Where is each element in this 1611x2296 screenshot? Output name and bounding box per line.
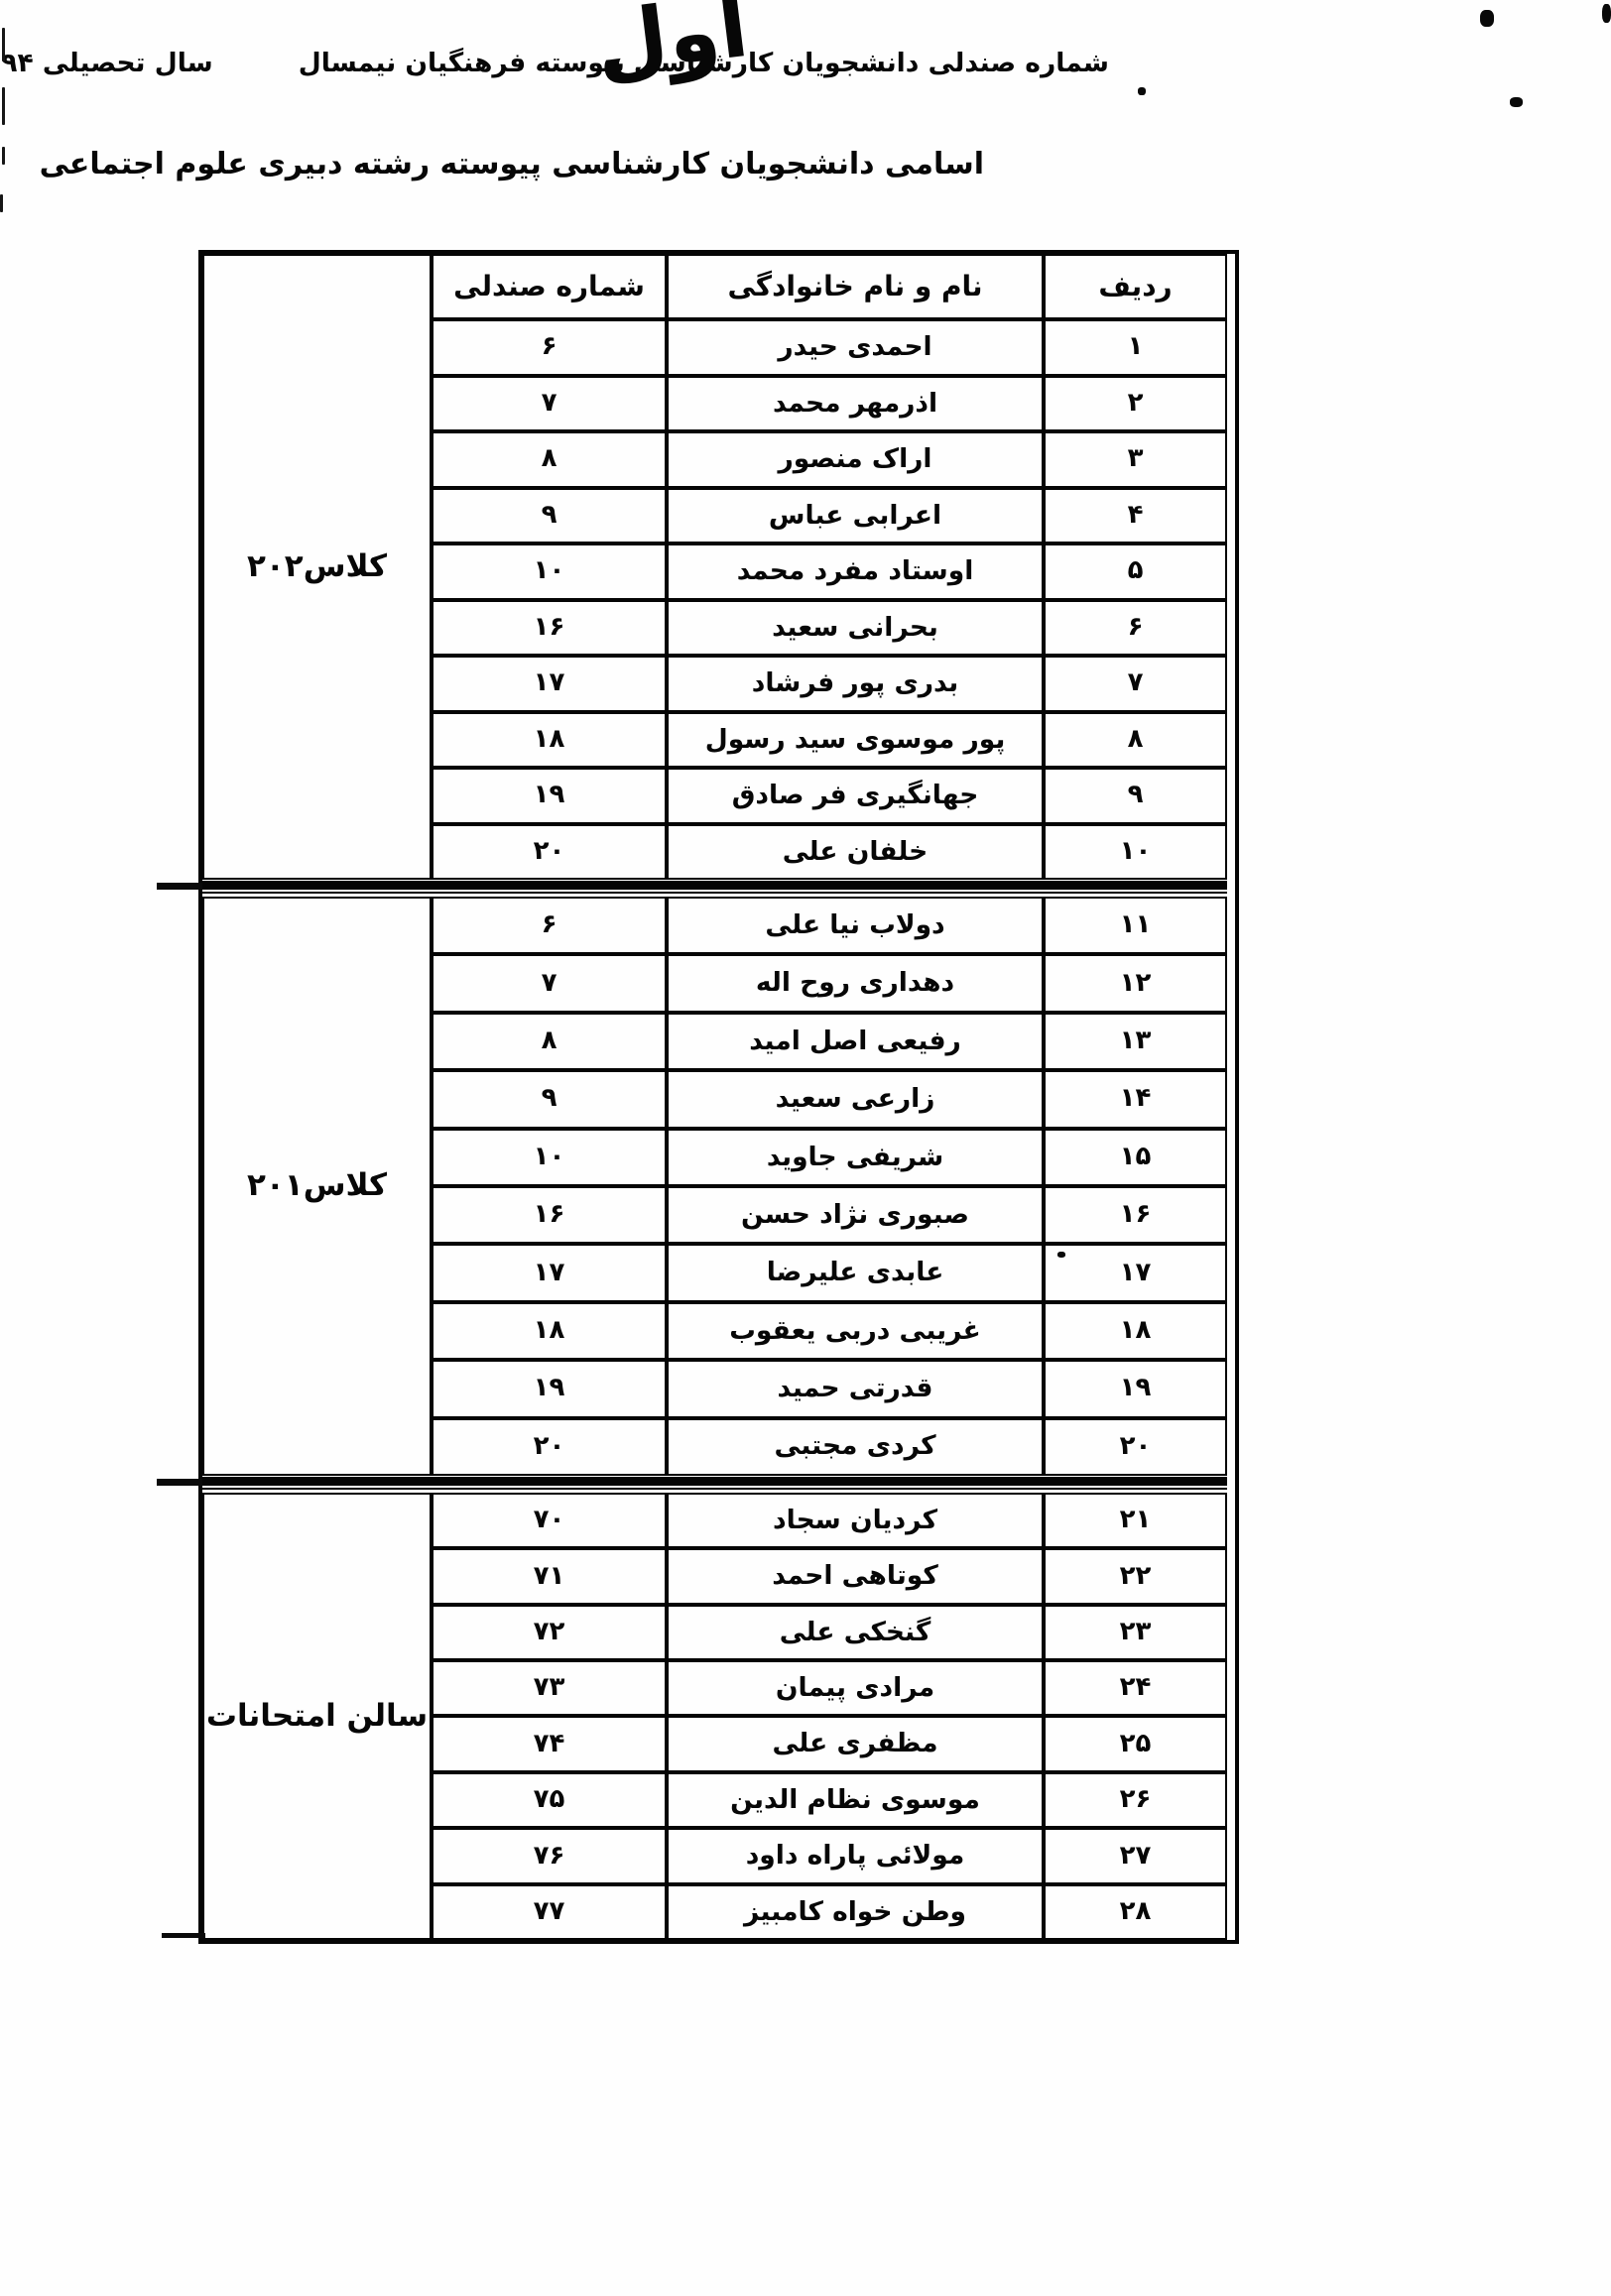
row-name-cell: وطن خواه کامبیز: [667, 1884, 1044, 1940]
row-name-cell: اذرمهر محمد: [667, 376, 1044, 432]
row-radif-cell: ۱۲: [1044, 954, 1227, 1012]
scan-edge-mark: [2, 87, 5, 125]
row-seat-cell: ۱۶: [432, 600, 667, 657]
row-name-cell: رفیعی اصل امید: [667, 1013, 1044, 1070]
row-seat-cell: ۱۶: [432, 1186, 667, 1244]
row-seat-cell: ۷۰: [432, 1493, 667, 1548]
row-name-cell: خلفان علی: [667, 824, 1044, 881]
row-seat-cell: ۲۰: [432, 824, 667, 881]
seating-table: شماره صندلی نام و نام خانوادگی ردیف کلاس…: [198, 250, 1239, 1944]
col-header-seat: شماره صندلی: [432, 254, 667, 319]
ink-mark: [1602, 4, 1611, 23]
row-radif-cell: ۹: [1044, 768, 1227, 824]
row-radif-cell: ۲۷: [1044, 1828, 1227, 1883]
row-radif-cell: ۲۴: [1044, 1660, 1227, 1716]
row-name-cell: دولاب نیا علی: [667, 897, 1044, 954]
row-radif-cell: ۲۳: [1044, 1605, 1227, 1660]
row-radif-cell: ۲۱: [1044, 1493, 1227, 1548]
row-radif-cell: ۱۰: [1044, 824, 1227, 881]
row-radif-cell: ۲۸: [1044, 1884, 1227, 1940]
section-separator: [202, 880, 1227, 897]
row-name-cell: صبوری نژاد حسن: [667, 1186, 1044, 1244]
row-name-cell: دهداری روح اله: [667, 954, 1044, 1012]
row-radif-cell: ۴: [1044, 488, 1227, 544]
row-seat-cell: ۱۰: [432, 1129, 667, 1186]
section-class-cell: کلاس۲۰۲: [202, 254, 432, 880]
row-seat-cell: ۱۷: [432, 656, 667, 712]
row-name-cell: مظفری علی: [667, 1716, 1044, 1771]
row-name-cell: بدری پور فرشاد: [667, 656, 1044, 712]
row-seat-cell: ۷۱: [432, 1548, 667, 1604]
row-name-cell: مولائی پاراه داود: [667, 1828, 1044, 1883]
handwritten-semester: اول: [590, 0, 752, 86]
row-radif-cell: ۲: [1044, 376, 1227, 432]
row-name-cell: احمدی حیدر: [667, 319, 1044, 376]
row-name-cell: غریبی دربی یعقوب: [667, 1302, 1044, 1360]
row-name-cell: موسوی نظام الدین: [667, 1772, 1044, 1828]
row-seat-cell: ۶: [432, 897, 667, 954]
section-class-cell: سالن امتحانات: [202, 1493, 432, 1940]
section-class-cell: کلاس۲۰۱: [202, 897, 432, 1476]
row-name-cell: کوتاهی احمد: [667, 1548, 1044, 1604]
row-name-cell: مرادی پیمان: [667, 1660, 1044, 1716]
row-name-cell: کردی مجتبی: [667, 1418, 1044, 1476]
row-seat-cell: ۱۹: [432, 768, 667, 824]
row-radif-cell: ۲۲: [1044, 1548, 1227, 1604]
row-radif-cell: ۱۶: [1044, 1186, 1227, 1244]
row-radif-cell: ۱۱: [1044, 897, 1227, 954]
scan-edge-mark: [2, 28, 5, 61]
row-name-cell: عابدی علیرضا: [667, 1244, 1044, 1301]
col-header-radif: ردیف: [1044, 254, 1227, 319]
row-radif-cell: ۵: [1044, 544, 1227, 600]
row-seat-cell: ۲۰: [432, 1418, 667, 1476]
ink-mark: [1057, 1252, 1065, 1258]
col-header-name: نام و نام خانوادگی: [667, 254, 1044, 319]
row-name-cell: بحرانی سعید: [667, 600, 1044, 657]
row-radif-cell: ۶: [1044, 600, 1227, 657]
row-seat-cell: ۹: [432, 1070, 667, 1128]
row-seat-cell: ۷۷: [432, 1884, 667, 1940]
document-subtitle: اسامی دانشجویان کارشناسی پیوسته رشته دبی…: [349, 147, 984, 181]
row-seat-cell: ۱۷: [432, 1244, 667, 1301]
row-seat-cell: ۷۳: [432, 1660, 667, 1716]
row-radif-cell: ۱۴: [1044, 1070, 1227, 1128]
row-name-cell: قدرتی حمید: [667, 1360, 1044, 1417]
row-radif-cell: ۱۹: [1044, 1360, 1227, 1417]
row-seat-cell: ۸: [432, 1013, 667, 1070]
row-radif-cell: ۲۶: [1044, 1772, 1227, 1828]
row-radif-cell: ۲۵: [1044, 1716, 1227, 1771]
row-name-cell: اعرابی عباس: [667, 488, 1044, 544]
document-header-line: شماره صندلی دانشجویان کارشناسی پیوسته فر…: [0, 48, 1109, 78]
row-name-cell: جهانگیری فر صادق: [667, 768, 1044, 824]
row-name-cell: کردیان سجاد: [667, 1493, 1044, 1548]
scan-edge-mark: [2, 147, 5, 165]
row-seat-cell: ۷: [432, 376, 667, 432]
header-title-left: سال تحصیلی ۹۴-۹۳: [0, 48, 213, 78]
row-radif-cell: ۲۰: [1044, 1418, 1227, 1476]
row-seat-cell: ۱۸: [432, 1302, 667, 1360]
ink-mark: [1510, 97, 1523, 107]
row-seat-cell: ۱۰: [432, 544, 667, 600]
row-radif-cell: ۱: [1044, 319, 1227, 376]
row-radif-cell: ۱۳: [1044, 1013, 1227, 1070]
row-seat-cell: ۷۴: [432, 1716, 667, 1771]
row-seat-cell: ۸: [432, 431, 667, 488]
section-separator: [202, 1476, 1227, 1493]
row-radif-cell: ۱۵: [1044, 1129, 1227, 1186]
row-name-cell: اوستاد مفرد محمد: [667, 544, 1044, 600]
row-seat-cell: ۱۸: [432, 712, 667, 769]
row-seat-cell: ۷۲: [432, 1605, 667, 1660]
scanned-document-page: شماره صندلی دانشجویان کارشناسی پیوسته فر…: [0, 0, 1611, 2296]
row-seat-cell: ۷۶: [432, 1828, 667, 1883]
row-seat-cell: ۶: [432, 319, 667, 376]
ink-mark: [1480, 10, 1494, 27]
row-seat-cell: ۷: [432, 954, 667, 1012]
row-radif-cell: ۸: [1044, 712, 1227, 769]
ink-mark: [1138, 87, 1146, 95]
row-radif-cell: ۱۸: [1044, 1302, 1227, 1360]
row-name-cell: پور موسوی سید رسول: [667, 712, 1044, 769]
row-name-cell: شریفی جاوید: [667, 1129, 1044, 1186]
row-seat-cell: ۹: [432, 488, 667, 544]
row-name-cell: گنخکی علی: [667, 1605, 1044, 1660]
row-seat-cell: ۷۵: [432, 1772, 667, 1828]
scan-edge-mark: [0, 194, 3, 212]
table-bottom-border-overhang: [162, 1933, 205, 1938]
row-radif-cell: ۱۷: [1044, 1244, 1227, 1301]
row-radif-cell: ۷: [1044, 656, 1227, 712]
row-name-cell: زارعی سعید: [667, 1070, 1044, 1128]
row-name-cell: اراک منصور: [667, 431, 1044, 488]
row-radif-cell: ۳: [1044, 431, 1227, 488]
row-seat-cell: ۱۹: [432, 1360, 667, 1417]
